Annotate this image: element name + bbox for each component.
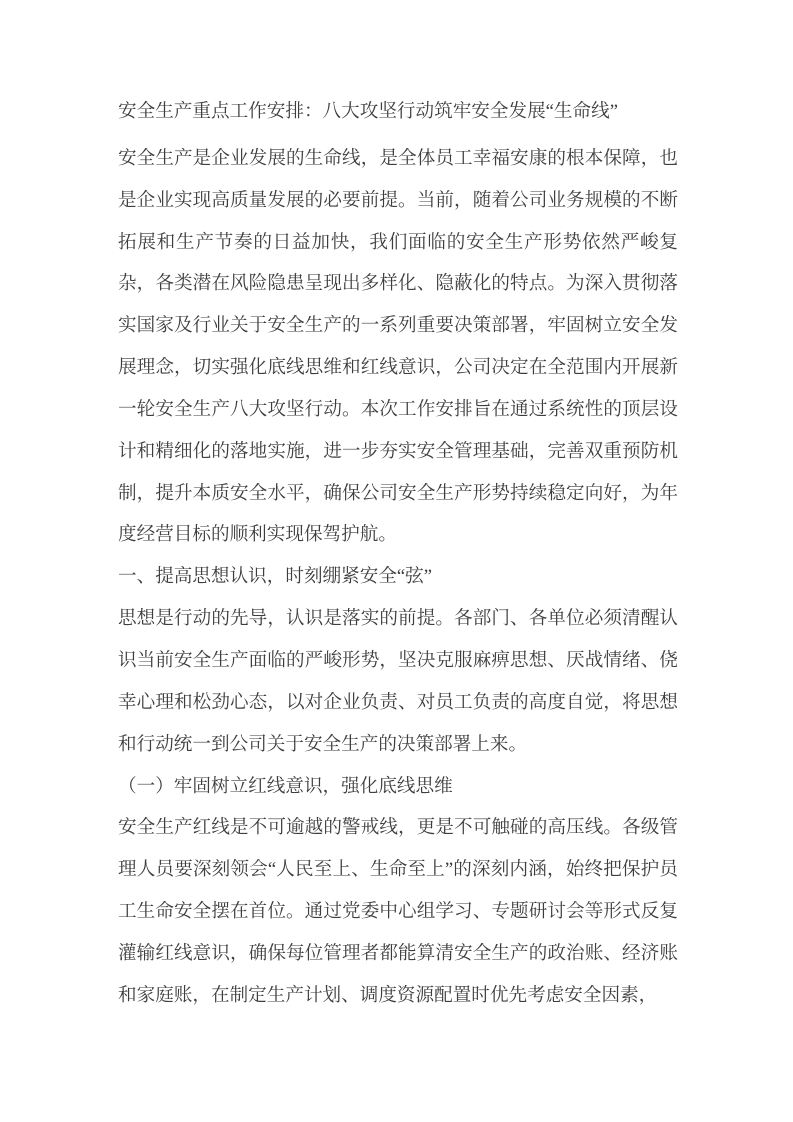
document-page: 安全生产重点工作安排：八大攻坚行动筑牢安全发展“生命线” 安全生产是企业发展的生… [0,0,793,1122]
subsection-heading-1-1: （一）牢固树立红线意识，强化底线思维 [118,766,678,808]
paragraph-intro: 安全生产是企业发展的生命线，是全体员工幸福安康的根本保障，也是企业实现高质量发展… [118,138,678,556]
paragraph-subsection-1-1: 安全生产红线是不可逾越的警戒线，更是不可触碰的高压线。各级管理人员要深刻领会“人… [118,807,678,1016]
paragraph-section-1: 思想是行动的先导，认识是落实的前提。各部门、各单位必须清醒认识当前安全生产面临的… [118,598,678,765]
document-title: 安全生产重点工作安排：八大攻坚行动筑牢安全发展“生命线” [118,91,678,133]
section-heading-1: 一、提高思想认识，时刻绷紧安全“弦” [118,556,678,598]
document-content: 安全生产重点工作安排：八大攻坚行动筑牢安全发展“生命线” 安全生产是企业发展的生… [118,91,678,1017]
